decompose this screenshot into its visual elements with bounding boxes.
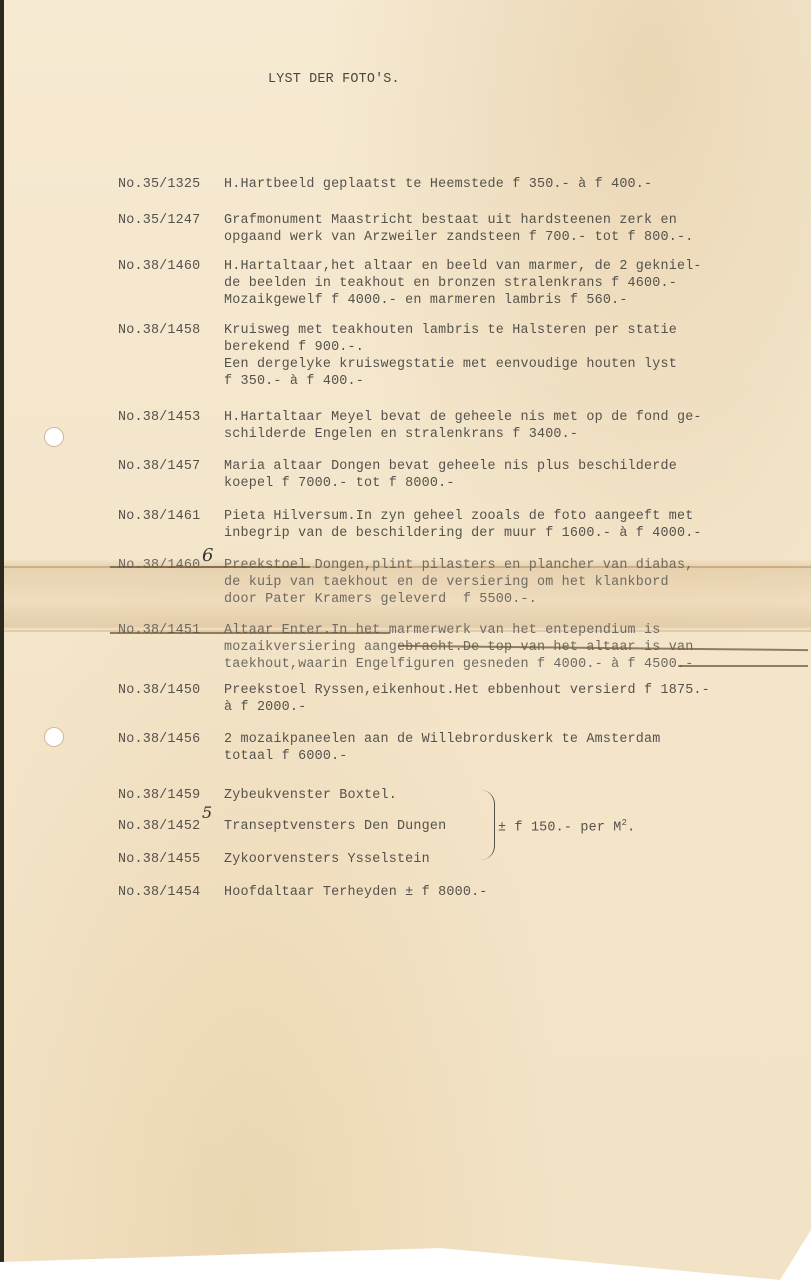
photo-number: No.38/1455: [118, 851, 200, 868]
entry-line: berekend f 900.-.: [224, 339, 364, 356]
entry-line: de kuip van taekhout en de versiering om…: [224, 574, 669, 591]
entry-line: Grafmonument Maastricht bestaat uit hard…: [224, 212, 677, 229]
entry-line: Maria altaar Dongen bevat geheele nis pl…: [224, 458, 677, 475]
photo-number: No.38/1450: [118, 682, 200, 699]
photo-number: No.35/1325: [118, 176, 200, 193]
photo-number: No.38/1460: [118, 258, 200, 275]
entry-line: Een dergelyke kruiswegstatie met eenvoud…: [224, 356, 677, 373]
photo-number: No.38/1461: [118, 508, 200, 525]
entry-line: totaal f 6000.-: [224, 748, 348, 765]
entry-line: inbegrip van de beschildering der muur f…: [224, 525, 702, 542]
photo-number: No.38/1458: [118, 322, 200, 339]
photo-number: No.38/1451: [118, 622, 200, 639]
photo-number: No.35/1247: [118, 212, 200, 229]
entry-line: Zybeukvenster Boxtel.: [224, 787, 397, 804]
entry-line: H.Hartaltaar,het altaar en beeld van mar…: [224, 258, 702, 275]
entry-line: f 350.- à f 400.-: [224, 373, 364, 390]
photo-number: No.38/1456: [118, 731, 200, 748]
entry-line: de beelden in teakhout en bronzen strale…: [224, 275, 677, 292]
entry-line: à f 2000.-: [224, 699, 306, 716]
entry-line: Mozaikgewelf f 4000.- en marmeren lambri…: [224, 292, 628, 309]
entry-line: door Pater Kramers geleverd f 5500.-.: [224, 591, 537, 608]
entry-line: opgaand werk van Arzweiler zandsteen f 7…: [224, 229, 693, 246]
photo-number: No.38/1459: [118, 787, 200, 804]
photo-number: No.38/1457: [118, 458, 200, 475]
handwritten-mark: 6: [202, 547, 214, 564]
entry-line: H.Hartbeeld geplaatst te Heemstede f 350…: [224, 176, 652, 193]
entry-line: schilderde Engelen en stralenkrans f 340…: [224, 426, 578, 443]
grouping-brace: [480, 790, 495, 860]
entry-line: Kruisweg met teakhouten lambris te Halst…: [224, 322, 677, 339]
photo-number: No.38/1453: [118, 409, 200, 426]
punch-hole: [45, 728, 63, 746]
entry-line: 2 mozaikpaneelen aan de Willebrorduskerk…: [224, 731, 661, 748]
strikethrough-line: [678, 665, 808, 667]
entry-line: Transeptvensters Den Dungen: [224, 818, 446, 835]
entry-line: Altaar Enter.In het marmerwerk van het e…: [224, 622, 661, 639]
entry-line: Zykoorvensters Ysselstein: [224, 851, 430, 868]
entry-line: Hoofdaltaar Terheyden ± f 8000.-: [224, 884, 488, 901]
document-title: LYST DER FOTO'S.: [268, 72, 400, 87]
grouped-price: ± f 150.- per M2.: [498, 818, 635, 835]
strikethrough-line: [110, 566, 310, 568]
photo-number: No.38/1454: [118, 884, 200, 901]
entry-line: Preekstoel Ryssen,eikenhout.Het ebbenhou…: [224, 682, 710, 699]
strikethrough-line: [110, 632, 390, 634]
punch-hole: [45, 428, 63, 446]
photo-number: No.38/1452: [118, 818, 200, 835]
handwritten-mark: 5: [202, 804, 212, 821]
entry-line: Pieta Hilversum.In zyn geheel zooals de …: [224, 508, 693, 525]
entry-line: koepel f 7000.- tot f 8000.-: [224, 475, 455, 492]
entry-line: H.Hartaltaar Meyel bevat de geheele nis …: [224, 409, 702, 426]
entry-line: taekhout,waarin Engelfiguren gesneden f …: [224, 656, 693, 673]
